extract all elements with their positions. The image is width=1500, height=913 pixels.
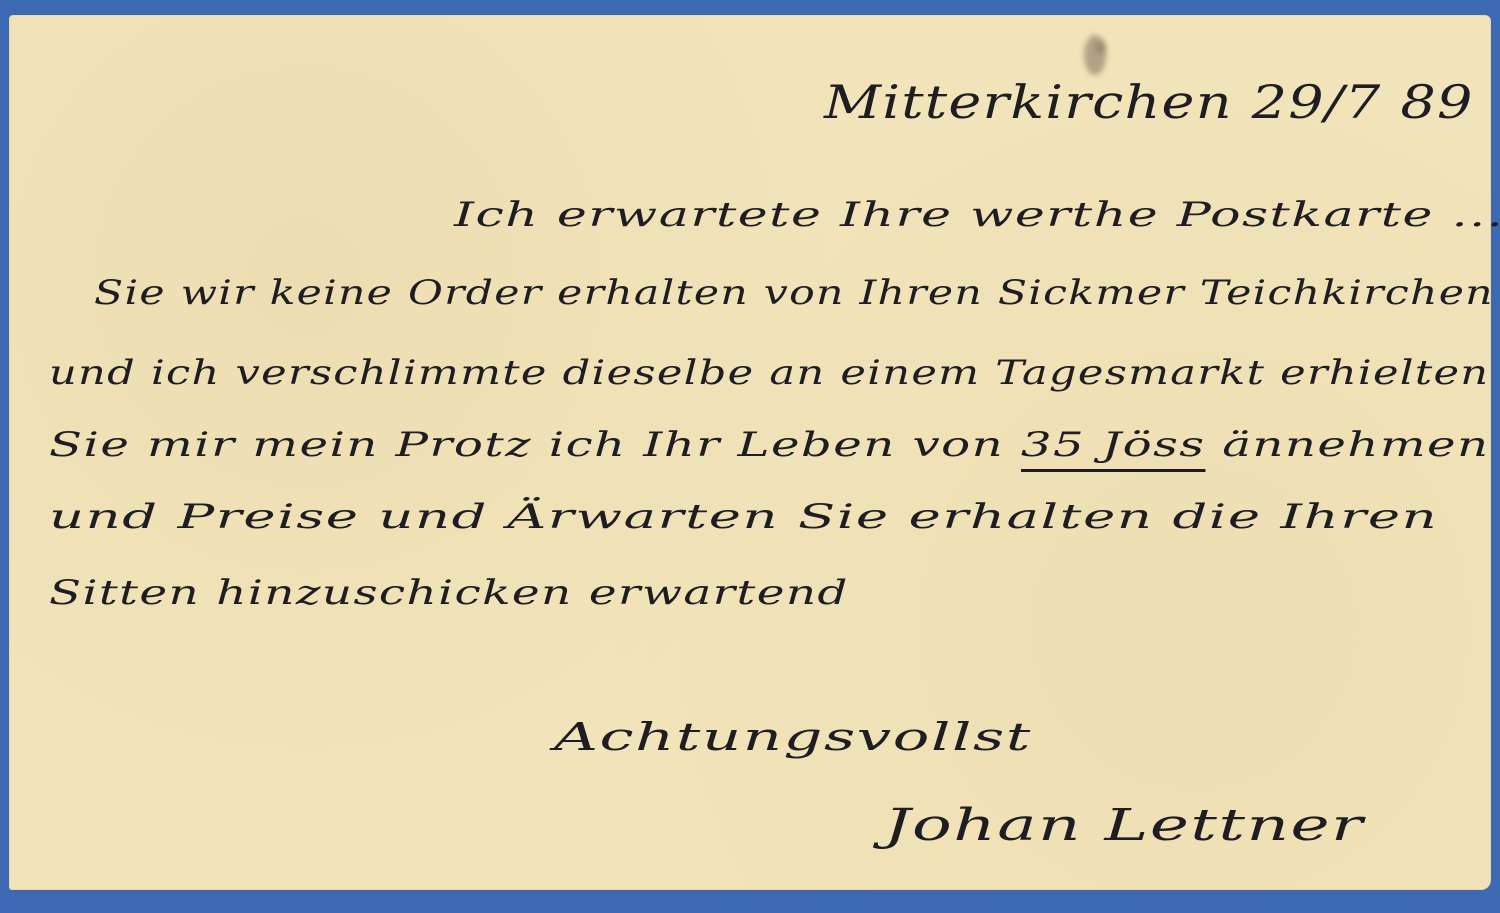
closing: Achtungsvollst bbox=[554, 715, 1032, 759]
body-line-1: Sie wir keine Order erhalten von Ihren S… bbox=[94, 273, 1494, 313]
postcard: Mitterkirchen 29/7 89 Ich erwartete Ihre… bbox=[9, 15, 1491, 890]
body-line-4: und Preise und Ärwarten Sie erhalten die… bbox=[49, 497, 1438, 537]
body-line-3: Sie mir mein Protz ich Ihr Leben von 35 … bbox=[49, 425, 1489, 465]
underlined-amount: 35 Jöss bbox=[1021, 425, 1206, 472]
ink-smudge bbox=[1096, 40, 1106, 54]
body-line-3-text: Sie mir mein Protz ich Ihr Leben von 35 … bbox=[49, 425, 1489, 472]
signature: Johan Lettner bbox=[884, 800, 1364, 851]
salutation-line: Ich erwartete Ihre werthe Postkarte ... bbox=[454, 195, 1500, 235]
body-line-2: und ich verschlimmte dieselbe an einem T… bbox=[49, 353, 1489, 393]
body-line-5: Sitten hinzuschicken erwartend bbox=[49, 573, 849, 613]
place-and-date: Mitterkirchen 29/7 89 bbox=[824, 75, 1474, 129]
